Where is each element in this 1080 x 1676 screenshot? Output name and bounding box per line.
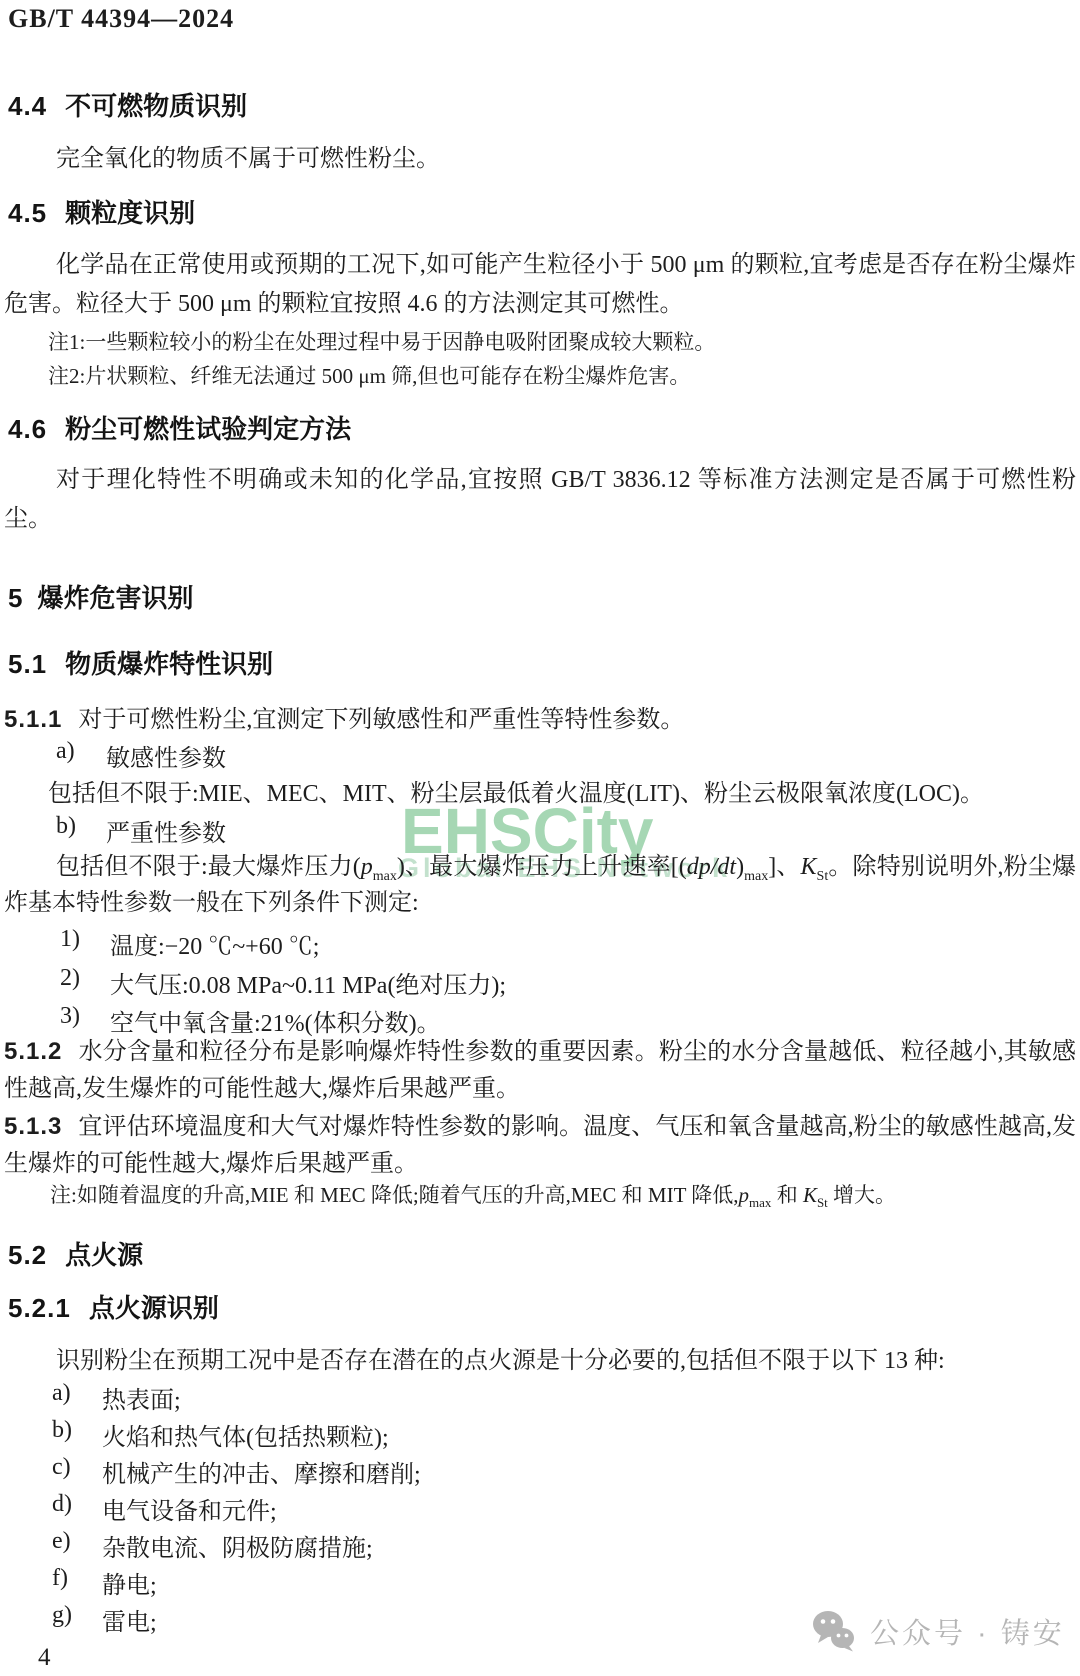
ignition-c-label: c) (52, 1454, 102, 1489)
condition-1-label: 1) (60, 926, 110, 961)
heading-4-4: 4.4不可燃物质识别 (8, 86, 247, 123)
heading-4-5-title: 颗粒度识别 (65, 198, 195, 228)
heading-4-4-title: 不可燃物质识别 (65, 91, 247, 121)
severity-parameters-paragraph: 包括但不限于:最大爆炸压力(pmax)、最大爆炸压力上升速率[(dp/dt)ma… (4, 849, 1076, 921)
severity-text-1: 包括但不限于:最大爆炸压力( (56, 854, 361, 880)
para-5-1-1-number: 5.1.1 (4, 706, 62, 733)
para-5-1-2-text: 水分含量和粒径分布是影响爆炸特性参数的重要因素。粉尘的水分含量越低、粒径越小,其… (4, 1039, 1076, 1102)
para-4-5: 化学品在正常使用或预期的工况下,如可能产生粒径小于 500 μm 的颗粒,宜考虑… (4, 246, 1076, 324)
severity-text-4: ]、 (768, 854, 800, 880)
ignition-item-g: g)雷电; (52, 1602, 157, 1637)
heading-4-5: 4.5颗粒度识别 (8, 193, 195, 230)
heading-4-5-number: 4.5 (8, 198, 47, 229)
ignition-a-label: a) (52, 1380, 102, 1415)
para-5-1-1: 5.1.1对于可燃性粉尘,宜测定下列敏感性和严重性等特性参数。 (4, 701, 1076, 739)
list-item-b-label: b) (56, 813, 106, 848)
note-4-5-2: 注2:片状颗粒、纤维无法通过 500 μm 筛,但也可能存在粉尘爆炸危害。 (48, 361, 690, 391)
para-4-4: 完全氧化的物质不属于可燃性粉尘。 (4, 141, 1076, 178)
ignition-item-d: d)电气设备和元件; (52, 1491, 277, 1526)
ignition-e-text: 杂散电流、阴极防腐措施; (102, 1528, 373, 1563)
ignition-item-b: b)火焰和热气体(包括热颗粒); (52, 1417, 389, 1452)
note-5-1-3-text-3: 增大。 (828, 1183, 896, 1207)
heading-5-1-number: 5.1 (8, 649, 47, 680)
page-number: 4 (38, 1644, 51, 1672)
heading-5-2-title: 点火源 (65, 1240, 143, 1270)
heading-5-1: 5.1物质爆炸特性识别 (8, 644, 273, 681)
wechat-icon (812, 1610, 856, 1652)
heading-5-number: 5 (8, 583, 23, 614)
ignition-f-text: 静电; (102, 1565, 157, 1600)
list-item-b: b)严重性参数 (56, 813, 226, 848)
heading-4-6-title: 粉尘可燃性试验判定方法 (65, 414, 351, 444)
heading-5-2-1: 5.2.1点火源识别 (8, 1288, 219, 1325)
heading-5-1-title: 物质爆炸特性识别 (65, 649, 273, 679)
ignition-b-label: b) (52, 1417, 102, 1452)
note-4-5-1: 注1:一些颗粒较小的粉尘在处理过程中易于因静电吸附团聚成较大颗粒。 (48, 327, 715, 357)
condition-2-text: 大气压:0.08 MPa~0.11 MPa(绝对压力); (110, 965, 506, 1000)
para-5-1-3: 5.1.3宜评估环境温度和大气对爆炸特性参数的影响。温度、气压和氧含量越高,粉尘… (4, 1108, 1076, 1183)
ignition-g-label: g) (52, 1602, 102, 1637)
list-item-b-text: 严重性参数 (106, 813, 226, 848)
para-5-1-2-number: 5.1.2 (4, 1038, 62, 1065)
condition-item-1: 1)温度:−20 ℃~+60 ℃; (60, 926, 319, 961)
wechat-badge: 公众号 · 铸安 (812, 1610, 1065, 1652)
kst-subscript: St (817, 869, 829, 884)
pmax-symbol: p (361, 854, 373, 880)
condition-1-text: 温度:−20 ℃~+60 ℃; (110, 926, 319, 961)
heading-4-4-number: 4.4 (8, 91, 47, 122)
severity-text-2: )、最大爆炸压力上升速率[( (397, 854, 687, 880)
heading-5-2-1-title: 点火源识别 (89, 1293, 219, 1323)
wechat-badge-text: 公众号 · 铸安 (870, 1611, 1065, 1652)
ignition-g-text: 雷电; (102, 1602, 157, 1637)
ignition-item-f: f)静电; (52, 1565, 157, 1600)
ignition-f-label: f) (52, 1565, 102, 1600)
ignition-item-a: a)热表面; (52, 1380, 181, 1415)
para-5-1-3-text: 宜评估环境温度和大气对爆炸特性参数的影响。温度、气压和氧含量越高,粉尘的敏感性越… (4, 1114, 1076, 1177)
note-pmax-symbol: p (739, 1183, 750, 1207)
pmax-subscript: max (373, 869, 397, 884)
note-5-1-3-text-1: 注:如随着温度的升高,MIE 和 MEC 降低;随着气压的升高,MEC 和 MI… (50, 1183, 739, 1207)
sensitivity-parameters-line: 包括但不限于:MIE、MEC、MIT、粉尘层最低着火温度(LIT)、粉尘云极限氧… (48, 776, 1076, 813)
heading-5-2-number: 5.2 (8, 1240, 47, 1271)
para-4-6: 对于理化特性不明确或未知的化学品,宜按照 GB/T 3836.12 等标准方法测… (4, 461, 1076, 539)
ignition-intro: 识别粉尘在预期工况中是否存在潜在的点火源是十分必要的,包括但不限于以下 13 种… (4, 1343, 1076, 1380)
heading-5-title: 爆炸危害识别 (37, 583, 193, 613)
condition-2-label: 2) (60, 965, 110, 1000)
ignition-c-text: 机械产生的冲击、摩擦和磨削; (102, 1454, 421, 1489)
para-5-1-3-number: 5.1.3 (4, 1113, 62, 1140)
para-5-1-2: 5.1.2水分含量和粒径分布是影响爆炸特性参数的重要因素。粉尘的水分含量越低、粒… (4, 1033, 1076, 1108)
heading-4-6: 4.6粉尘可燃性试验判定方法 (8, 409, 351, 446)
note-kst-subscript: St (817, 1195, 828, 1210)
list-item-a-label: a) (56, 738, 106, 773)
dpdt-subscript: max (744, 869, 768, 884)
severity-text-3: ) (736, 854, 744, 880)
condition-item-2: 2)大气压:0.08 MPa~0.11 MPa(绝对压力); (60, 965, 506, 1000)
ignition-item-e: e)杂散电流、阴极防腐措施; (52, 1528, 373, 1563)
note-5-1-3: 注:如随着温度的升高,MIE 和 MEC 降低;随着气压的升高,MEC 和 MI… (50, 1180, 896, 1210)
dpdt-symbol: dp/dt (687, 854, 736, 880)
heading-5-2-1-number: 5.2.1 (8, 1293, 71, 1324)
ignition-d-label: d) (52, 1491, 102, 1526)
list-item-a: a)敏感性参数 (56, 738, 226, 773)
note-pmax-subscript: max (749, 1195, 771, 1210)
ignition-b-text: 火焰和热气体(包括热颗粒); (102, 1417, 389, 1452)
ignition-item-c: c)机械产生的冲击、摩擦和磨削; (52, 1454, 421, 1489)
heading-5-2: 5.2点火源 (8, 1235, 143, 1272)
note-5-1-3-text-2: 和 (771, 1183, 803, 1207)
heading-5: 5爆炸危害识别 (8, 578, 193, 615)
heading-4-6-number: 4.6 (8, 414, 47, 445)
ignition-a-text: 热表面; (102, 1380, 181, 1415)
note-kst-symbol: K (803, 1183, 817, 1207)
standard-number: GB/T 44394—2024 (8, 4, 234, 34)
para-5-1-1-text: 对于可燃性粉尘,宜测定下列敏感性和严重性等特性参数。 (78, 707, 684, 733)
ignition-d-text: 电气设备和元件; (102, 1491, 277, 1526)
ignition-e-label: e) (52, 1528, 102, 1563)
kst-symbol: K (801, 854, 817, 880)
list-item-a-text: 敏感性参数 (106, 738, 226, 773)
